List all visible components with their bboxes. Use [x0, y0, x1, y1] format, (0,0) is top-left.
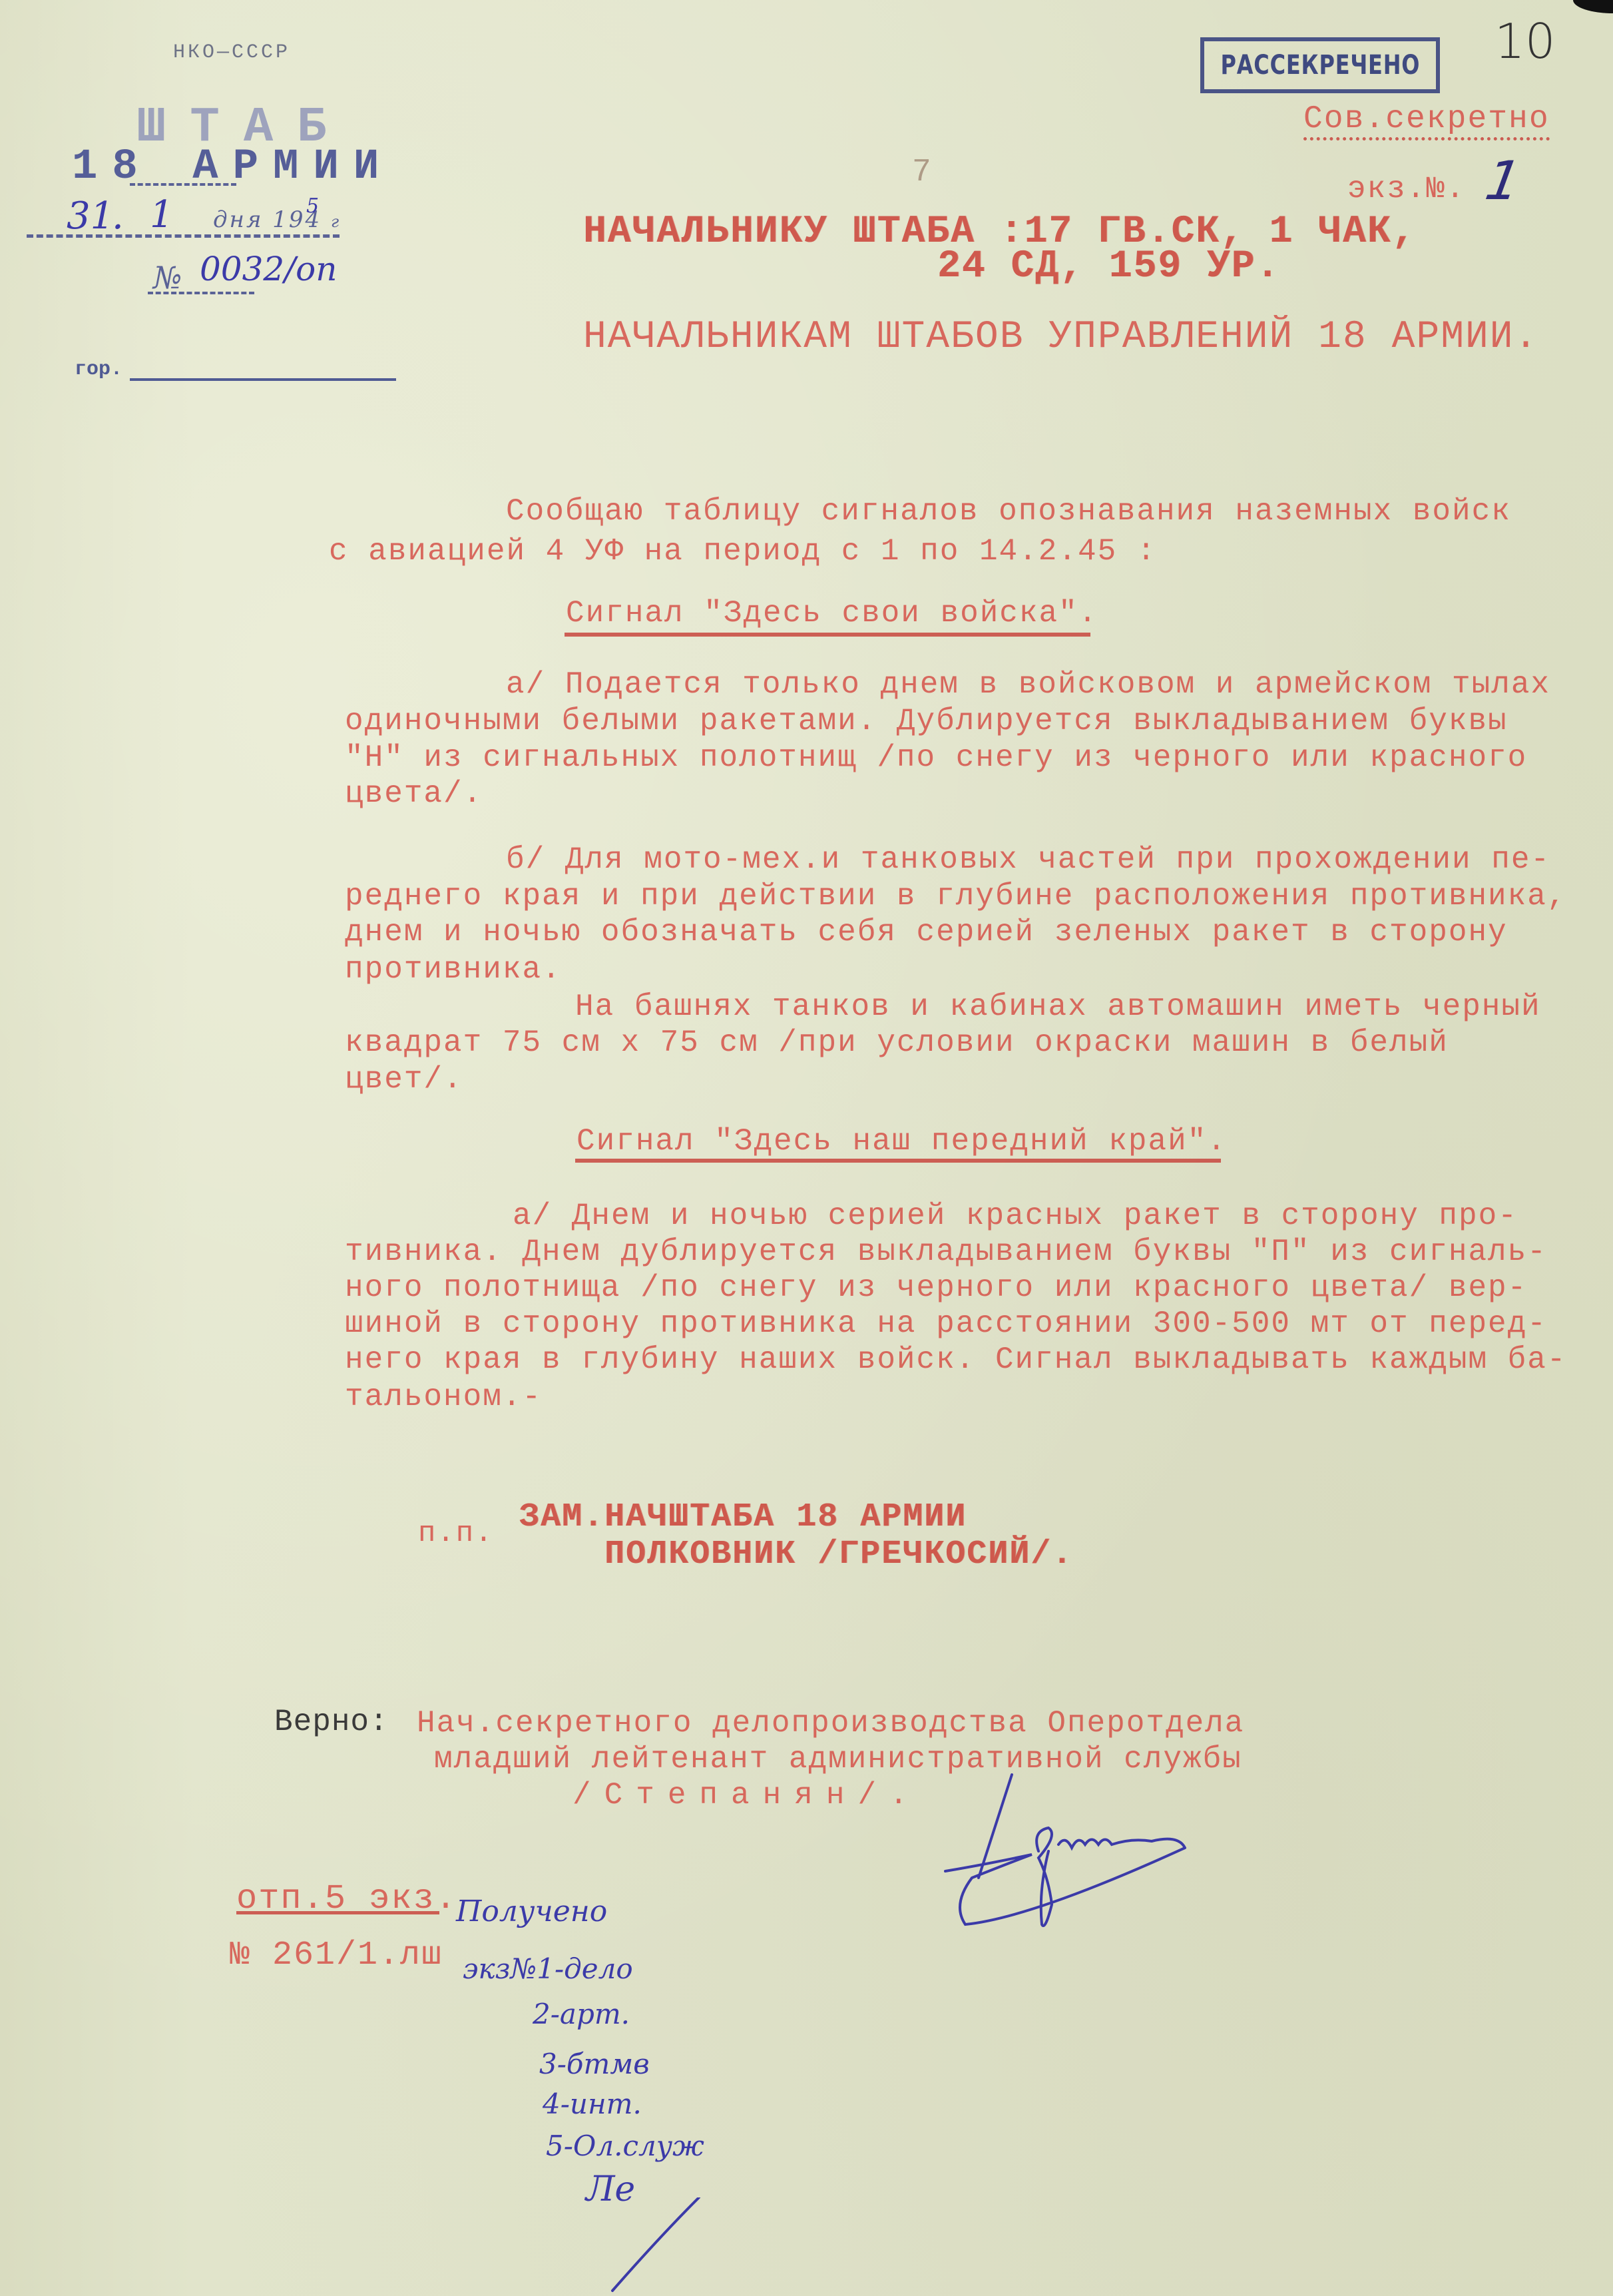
certifier-title-line: Нач.секретного делопроизводства Оперотде… [417, 1705, 1244, 1742]
page-number: 10 [1495, 13, 1556, 69]
signal-2-item-a-line: ного полотнища /по снегу из черного или … [345, 1269, 1527, 1306]
signal-2-item-a-line: тальоном.- [345, 1378, 542, 1416]
date-year-suffix: г [331, 212, 341, 231]
signal-1-title: Сигнал "Здесь свои войска". [566, 595, 1098, 632]
initials-stroke [599, 2197, 752, 2296]
signal-1-item-b-line: противника. [345, 951, 562, 988]
copies-sent-underline [236, 1911, 439, 1914]
copy-number-label: экз.№. [1347, 172, 1466, 206]
declassified-stamp-text: РАССЕКРЕЧЕНО [1220, 50, 1420, 81]
stamp-divider [130, 183, 236, 186]
declassified-stamp: РАССЕКРЕЧЕНО [1200, 37, 1440, 93]
date-suffix-text: дня 194 [213, 206, 322, 233]
signal-1-underline [565, 633, 1090, 637]
classification-label: Сов.секретно [1303, 101, 1550, 141]
distribution-line: Получено [456, 1894, 607, 1928]
signal-1-item-a-line: "Н" из сигнальных полотнищ /по снегу из … [345, 739, 1527, 776]
signal-2-item-a-line: него края в глубину наших войск. Сигнал … [345, 1341, 1566, 1378]
signal-2-item-a-line: тивника. Днем дублируется выкладыванием … [345, 1233, 1547, 1271]
signal-1-item-b-line: На башнях танков и кабинах автомашин име… [575, 988, 1541, 1025]
intro-line: Сообщаю таблицу сигналов опознавания наз… [506, 493, 1511, 530]
stamp-org: НКО—СССР [173, 41, 290, 64]
signal-1-item-b-line: квадрат 75 см х 75 см /при условии окрас… [345, 1024, 1449, 1061]
date-separator: . [112, 194, 124, 238]
city-line [130, 378, 396, 381]
distribution-line: 4-инт. [543, 2088, 642, 2120]
date-day: 31 [67, 194, 114, 238]
date-year-digit: 5 [306, 194, 319, 218]
signal-2-title: Сигнал "Здесь наш передний край". [576, 1123, 1227, 1160]
date-suffix: дня 194 г [213, 206, 341, 233]
distribution-line: экз№1-дело [463, 1952, 633, 1985]
signal-2-item-a-line: а/ Днем и ночью серией красных ракет в с… [513, 1197, 1518, 1235]
certified-label: Верно: [274, 1705, 389, 1739]
signer-name: ПОЛКОВНИК /ГРЕЧКОСИЙ/. [604, 1536, 1073, 1574]
signal-2-item-a-line: шиной в сторону противника на расстоянии… [345, 1305, 1547, 1342]
handwritten-signature [932, 1771, 1291, 1944]
distribution-line: 2-арт. [533, 1998, 630, 2030]
date-month: 1 [150, 193, 174, 236]
intro-line: с авиацией 4 УФ на период с 1 по 14.2.45… [329, 533, 1156, 570]
signal-1-item-b-line: днем и ночью обозначать себя серией зеле… [345, 914, 1508, 951]
signal-2-underline [575, 1159, 1221, 1163]
addressee-line-2: 24 СД, 159 УР. [937, 245, 1280, 288]
addressee-line-3: НАЧАЛЬНИКАМ ШТАБОВ УПРАВЛЕНИЙ 18 АРМИИ. [583, 316, 1538, 359]
signal-1-item-a-line: а/ Подается только днем в войсковом и ар… [506, 666, 1550, 703]
signal-1-item-a-line: цвета/. [345, 775, 483, 812]
distribution-line: 3-бтмв [539, 2048, 650, 2080]
outgoing-number: № 261/1.лш [230, 1936, 443, 1974]
signer-title: ЗАМ.НАЧШТАБА 18 АРМИИ [519, 1498, 967, 1536]
reg-underline [148, 292, 254, 294]
signal-1-item-b-line: реднего края и при действии в глубине ра… [345, 878, 1566, 915]
signal-1-item-a-line: одиночными белыми ракетами. Дублируется … [345, 703, 1508, 740]
certifier-name: /Степанян/. [573, 1777, 921, 1814]
reg-number-label: № [153, 260, 182, 296]
impression-mark: 7 [912, 154, 931, 190]
city-label: гор. [75, 358, 122, 381]
reg-number: 0032/оп [200, 250, 337, 288]
distribution-line: 5-Ол.служ [546, 2130, 704, 2162]
per-procurationem-label: п.п. [418, 1517, 494, 1550]
signal-1-item-b-line: б/ Для мото-мех.и танковых частей при пр… [506, 841, 1550, 878]
signal-1-item-b-line: цвет/. [345, 1061, 463, 1098]
